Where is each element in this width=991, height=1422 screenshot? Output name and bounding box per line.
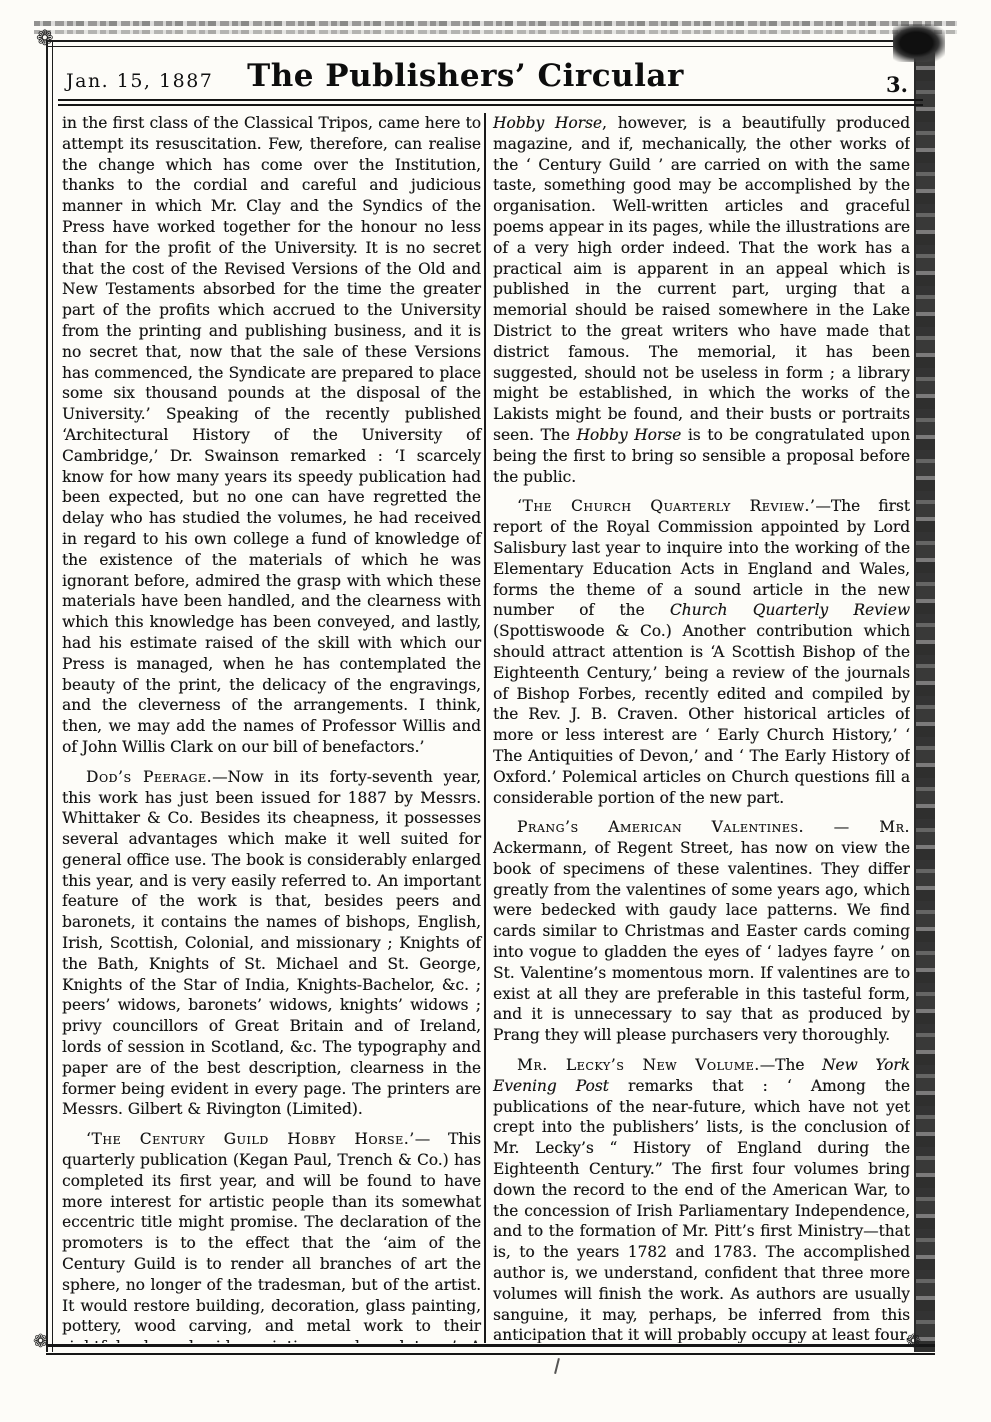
scan-noise-band xyxy=(34,21,957,26)
page-border-left xyxy=(46,40,53,1352)
italic-title: Hobby Horse xyxy=(576,426,681,444)
body-text: in the first class of the Classical Trip… xyxy=(62,114,481,756)
page-border-right xyxy=(914,40,935,1352)
stray-ink-mark xyxy=(554,1358,560,1374)
paragraph: Dod’s Peerage.—Now in its forty-seventh … xyxy=(62,767,481,1121)
periodical-page: ❁ ❁ ❁ Jan. 15, 1887 The Publishers’ Circ… xyxy=(0,0,991,1422)
page-border-bottom xyxy=(46,1344,935,1355)
paragraph: ‘The Church Quarterly Review.’—The first… xyxy=(493,496,910,808)
small-caps-heading: Dod’s Peerage. xyxy=(86,768,212,786)
italic-title: Hobby Horse xyxy=(493,114,602,132)
rosette-ornament-icon: ❁ xyxy=(36,28,54,49)
body-text: remarks that : ‘ Among the publications … xyxy=(493,1077,910,1343)
page-border-top xyxy=(46,40,929,47)
page-number: 3. xyxy=(886,72,908,97)
paragraph: ‘The Century Guild Hobby Horse.’— This q… xyxy=(62,1129,481,1343)
header-rule xyxy=(58,99,923,106)
small-caps-heading: ‘The Century Guild Hobby Horse.’ xyxy=(86,1130,415,1148)
paragraph: Hobby Horse, however, is a beautifully p… xyxy=(493,113,910,487)
body-text: —Now in its forty-seventh year, this wor… xyxy=(62,768,481,1119)
ink-blot-mark xyxy=(893,24,945,62)
publication-title: The Publishers’ Circular xyxy=(0,58,931,94)
paragraph: Prang’s American Valentines. — Mr. Acker… xyxy=(493,817,910,1046)
article-columns: in the first class of the Classical Trip… xyxy=(62,113,910,1343)
column-divider xyxy=(484,113,486,1343)
small-caps-heading: ‘The Church Quarterly Review.’ xyxy=(517,497,815,515)
body-text: , however, is a beautifully produced mag… xyxy=(493,114,910,444)
small-caps-heading: Prang’s American Valentines. — Mr. xyxy=(517,818,910,836)
body-text: —The xyxy=(760,1056,822,1074)
paragraph: in the first class of the Classical Trip… xyxy=(62,113,481,758)
body-text: Ackermann, of Regent Street, has now on … xyxy=(493,839,910,1044)
right-column: Hobby Horse, however, is a beautifully p… xyxy=(493,113,910,1343)
body-text: (Spottiswoode & Co.) Another contributio… xyxy=(493,622,910,806)
paragraph: Mr. Lecky’s New Volume.—The New York Eve… xyxy=(493,1055,910,1343)
left-column: in the first class of the Classical Trip… xyxy=(62,113,481,1343)
scan-noise-band xyxy=(34,30,957,34)
rosette-ornament-icon: ❁ xyxy=(33,1333,48,1351)
small-caps-heading: Mr. Lecky’s New Volume. xyxy=(517,1056,760,1074)
body-text: — This quarterly publication (Kegan Paul… xyxy=(62,1130,481,1343)
italic-title: Church Quarterly Review xyxy=(670,601,910,619)
